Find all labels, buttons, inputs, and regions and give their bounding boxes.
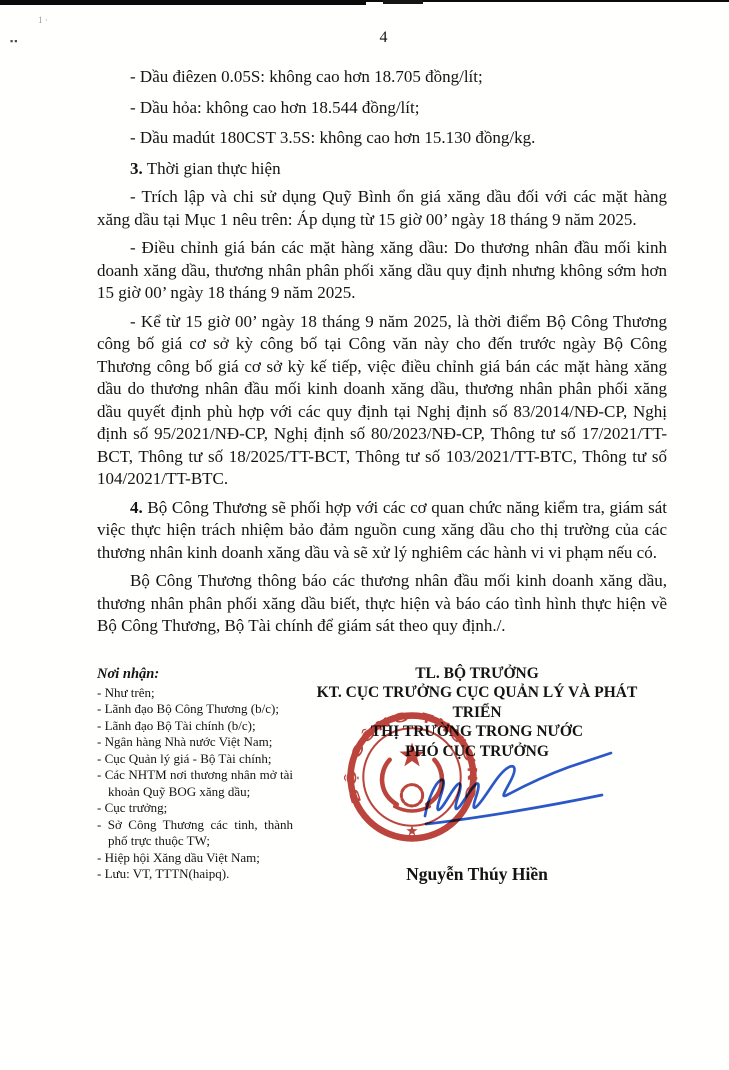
recipient-item: - Lưu: VT, TTTN(haipq). [97, 866, 293, 883]
recipient-item: - Lãnh đạo Bộ Tài chính (b/c); [97, 718, 293, 735]
recipient-item: - Như trên; [97, 685, 293, 702]
scan-artifact-top-bar-left [0, 0, 366, 5]
recipient-item: - Hiệp hội Xăng dầu Việt Nam; [97, 850, 293, 867]
recipient-item: - Cục trưởng; [97, 800, 293, 817]
scan-artifact-mark: 1 · [38, 15, 48, 25]
recipient-item: - Cục Quản lý giá - Bộ Tài chính; [97, 751, 293, 768]
closing-paragraph: Bộ Công Thương thông báo các thương nhân… [97, 570, 667, 638]
body-paragraph: - Kể từ 15 giờ 00’ ngày 18 tháng 9 năm 2… [97, 311, 667, 491]
recipients-block: Nơi nhận: - Như trên; - Lãnh đạo Bộ Công… [97, 664, 293, 886]
section-title: Thời gian thực hiện [147, 159, 281, 178]
scan-artifact-mark: ▪▪ [10, 36, 18, 46]
document-footer: Nơi nhận: - Như trên; - Lãnh đạo Bộ Công… [97, 664, 689, 886]
document-body: - Dầu điêzen 0.05S: không cao hơn 18.705… [97, 66, 667, 638]
body-paragraph: - Điều chỉnh giá bán các mặt hàng xăng d… [97, 237, 667, 305]
signature-scrawl [419, 742, 617, 830]
section-heading: 3. Thời gian thực hiện [97, 158, 667, 181]
signature-block: TL. BỘ TRƯỞNG KT. CỤC TRƯỞNG CỤC QUẢN LÝ… [293, 664, 689, 886]
fuel-price-line: - Dầu điêzen 0.05S: không cao hơn 18.705… [97, 66, 667, 89]
recipient-item: - Các NHTM nơi thương nhân mở tài khoản … [97, 767, 293, 800]
signature-stroke [425, 753, 611, 816]
scan-artifact-top-bar-blob [383, 0, 423, 4]
recipients-header: Nơi nhận: [97, 664, 293, 685]
page-number: 4 [0, 28, 729, 48]
recipient-item: - Ngân hàng Nhà nước Việt Nam; [97, 734, 293, 751]
fuel-price-line: - Dầu madút 180CST 3.5S: không cao hơn 1… [97, 127, 667, 150]
seal-wreath-left [382, 759, 397, 804]
recipient-item: - Sở Công Thương các tinh, thành phố trự… [97, 817, 293, 850]
signer-name: Nguyễn Thúy Hiền [293, 863, 661, 885]
document-page: 1 · ▪▪ 4 - Dầu điêzen 0.05S: không cao h… [0, 0, 729, 1070]
body-paragraph: 4. Bộ Công Thương sẽ phối hợp với các cơ… [97, 497, 667, 565]
section-number: 3. [130, 159, 143, 178]
body-paragraph: - Trích lập và chi sử dụng Quỹ Bình ổn g… [97, 186, 667, 231]
section-number: 4. [130, 498, 143, 517]
seal-bottom-star-icon [406, 825, 417, 835]
signature-underline [426, 795, 602, 824]
signature-title-line: TL. BỘ TRƯỞNG [293, 664, 661, 684]
recipient-item: - Lãnh đạo Bộ Công Thương (b/c); [97, 701, 293, 718]
fuel-price-line: - Dầu hỏa: không cao hơn 18.544 đồng/lít… [97, 97, 667, 120]
section-text: Bộ Công Thương sẽ phối hợp với các cơ qu… [97, 498, 667, 562]
